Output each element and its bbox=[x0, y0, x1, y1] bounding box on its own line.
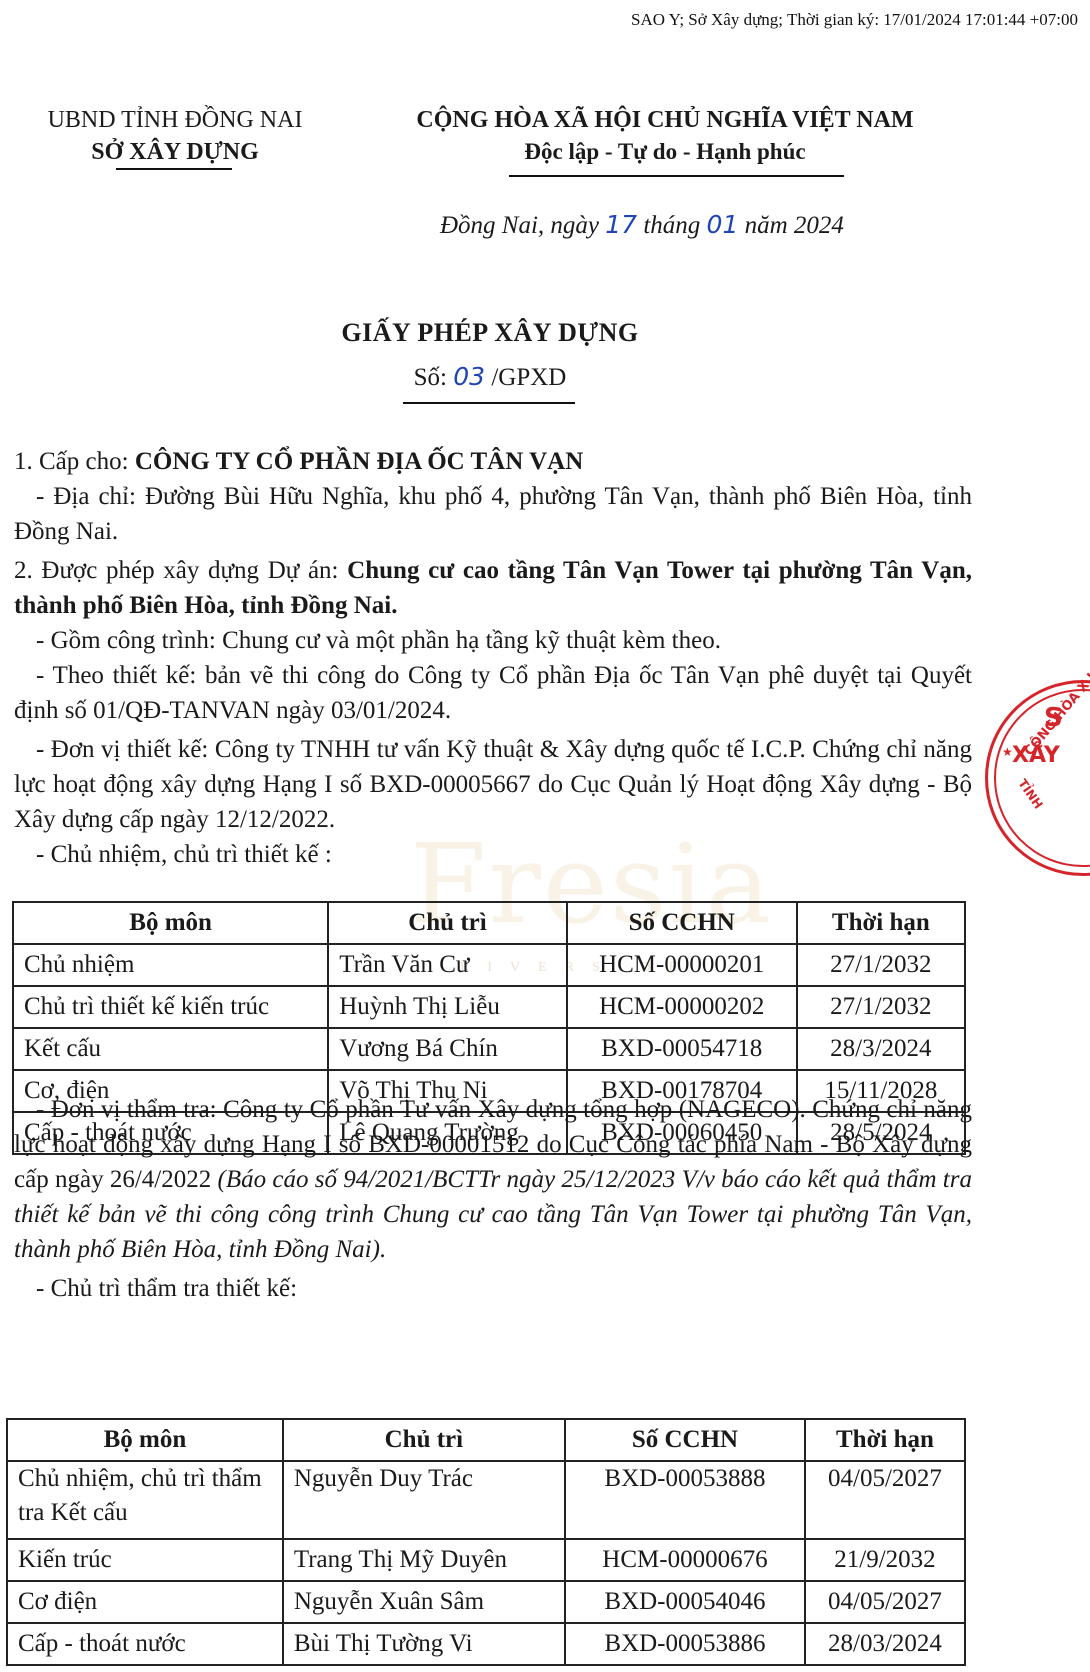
seal-center-text: S bbox=[1044, 703, 1063, 733]
review-leads-table: Bộ mônChủ trìSố CCHNThời hạn Chủ nhiệm, … bbox=[6, 1418, 966, 1666]
design-leads-label: - Chủ nhiệm, chủ trì thiết kế : bbox=[14, 837, 972, 872]
issuer-province: UBND TỈNH ĐỒNG NAI bbox=[25, 104, 325, 136]
date-year: năm 2024 bbox=[738, 212, 844, 239]
number-prefix: Số: bbox=[414, 364, 454, 391]
handwritten-month: 01 bbox=[707, 210, 739, 239]
works: - Gồm công trình: Chung cư và một phần h… bbox=[14, 623, 972, 658]
seal-star-icon: ★ bbox=[1002, 745, 1013, 759]
table-cell: 27/1/2032 bbox=[797, 986, 965, 1028]
column-header: Bộ môn bbox=[13, 902, 328, 944]
number-suffix: /GPXD bbox=[485, 364, 566, 391]
seal-center-text: XÂY bbox=[1012, 743, 1060, 768]
column-header: Số CCHN bbox=[567, 902, 797, 944]
table-row: Chủ trì thiết kế kiến trúcHuỳnh Thị Liễu… bbox=[13, 986, 965, 1028]
national-name: CỘNG HÒA XÃ HỘI CHỦ NGHĨA VIỆT NAM bbox=[370, 104, 960, 136]
divider bbox=[116, 168, 232, 170]
handwritten-number: 03 bbox=[453, 362, 485, 391]
table-cell: Cấp - thoát nước bbox=[7, 1623, 283, 1665]
column-header: Thời hạn bbox=[797, 902, 965, 944]
table-cell: 28/03/2024 bbox=[805, 1623, 965, 1665]
grantee-name: CÔNG TY CỔ PHẦN ĐỊA ỐC TÂN VẠN bbox=[135, 448, 583, 475]
project-label: 2. Được phép xây dựng Dự án: bbox=[14, 557, 347, 584]
divider bbox=[509, 175, 844, 177]
table-cell: Kết cấu bbox=[13, 1028, 328, 1070]
table-cell: Vương Bá Chín bbox=[328, 1028, 567, 1070]
table-cell: HCM-00000202 bbox=[567, 986, 797, 1028]
seal-bottom-text: TỈNH bbox=[1015, 777, 1045, 812]
date-prefix: Đồng Nai, ngày bbox=[440, 212, 605, 239]
column-header: Chủ trì bbox=[283, 1419, 565, 1461]
table-header-row: Bộ mônChủ trìSố CCHNThời hạn bbox=[13, 902, 965, 944]
review-leads-label: - Chủ trì thẩm tra thiết kế: bbox=[14, 1271, 972, 1306]
national-header: CỘNG HÒA XÃ HỘI CHỦ NGHĨA VIỆT NAM Độc l… bbox=[370, 104, 960, 168]
document-number: Số: 03 /GPXD bbox=[0, 362, 980, 392]
official-seal: CỘNG HÒA X.H S XÂY ★ TỈNH bbox=[985, 680, 1090, 876]
divider bbox=[403, 402, 575, 404]
table-cell: 04/05/2027 bbox=[805, 1581, 965, 1623]
digital-signature-line: SAO Y; Sở Xây dựng; Thời gian ký: 17/01/… bbox=[0, 10, 1078, 30]
document-title: GIẤY PHÉP XÂY DỰNG bbox=[0, 318, 980, 348]
table-cell: Chủ nhiệm, chủ trì thẩm tra Kết cấu bbox=[7, 1461, 283, 1539]
table-row: Chủ nhiệmTrần Văn CưHCM-0000020127/1/203… bbox=[13, 944, 965, 986]
table-row: Kết cấuVương Bá ChínBXD-0005471828/3/202… bbox=[13, 1028, 965, 1070]
table-cell: 04/05/2027 bbox=[805, 1461, 965, 1539]
design-unit: - Đơn vị thiết kế: Công ty TNHH tư vấn K… bbox=[14, 732, 972, 837]
grantee-address: - Địa chỉ: Đường Bùi Hữu Nghĩa, khu phố … bbox=[14, 479, 972, 549]
issuer-header: UBND TỈNH ĐỒNG NAI SỞ XÂY DỰNG bbox=[25, 104, 325, 168]
table-cell: Kiến trúc bbox=[7, 1539, 283, 1581]
table-cell: 28/3/2024 bbox=[797, 1028, 965, 1070]
table-cell: Bùi Thị Tường Vi bbox=[283, 1623, 565, 1665]
issue-date: Đồng Nai, ngày 17 tháng 01 năm 2024 bbox=[440, 210, 844, 240]
column-header: Chủ trì bbox=[328, 902, 567, 944]
table-cell: 27/1/2032 bbox=[797, 944, 965, 986]
date-month-label: tháng bbox=[637, 212, 706, 239]
table-cell: BXD-00053888 bbox=[565, 1461, 805, 1539]
table-cell: Huỳnh Thị Liễu bbox=[328, 986, 567, 1028]
column-header: Thời hạn bbox=[805, 1419, 965, 1461]
column-header: Số CCHN bbox=[565, 1419, 805, 1461]
review-section: - Đơn vị thẩm tra: Công ty Cổ phần Tư vấ… bbox=[14, 1092, 972, 1306]
table-cell: HCM-00000201 bbox=[567, 944, 797, 986]
design-basis: - Theo thiết kế: bản vẽ thi công do Công… bbox=[14, 658, 972, 728]
table-cell: Nguyễn Xuân Sâm bbox=[283, 1581, 565, 1623]
table-cell: Cơ điện bbox=[7, 1581, 283, 1623]
table-cell: Chủ nhiệm bbox=[13, 944, 328, 986]
table-cell: Nguyễn Duy Trác bbox=[283, 1461, 565, 1539]
document-body: 1. Cấp cho: CÔNG TY CỔ PHẦN ĐỊA ỐC TÂN V… bbox=[14, 444, 972, 872]
table-cell: BXD-00053886 bbox=[565, 1623, 805, 1665]
table-cell: BXD-00054718 bbox=[567, 1028, 797, 1070]
table-row: Kiến trúcTrang Thị Mỹ DuyênHCM-000006762… bbox=[7, 1539, 965, 1581]
table-row: Cơ điệnNguyễn Xuân SâmBXD-0005404604/05/… bbox=[7, 1581, 965, 1623]
handwritten-day: 17 bbox=[605, 210, 637, 239]
table-cell: 21/9/2032 bbox=[805, 1539, 965, 1581]
column-header: Bộ môn bbox=[7, 1419, 283, 1461]
table-cell: BXD-00054046 bbox=[565, 1581, 805, 1623]
table-cell: Chủ trì thiết kế kiến trúc bbox=[13, 986, 328, 1028]
project: 2. Được phép xây dựng Dự án: Chung cư ca… bbox=[14, 553, 972, 623]
grantee-label: 1. Cấp cho: bbox=[14, 448, 135, 475]
review-unit: - Đơn vị thẩm tra: Công ty Cổ phần Tư vấ… bbox=[14, 1092, 972, 1267]
table-header-row: Bộ mônChủ trìSố CCHNThời hạn bbox=[7, 1419, 965, 1461]
issuer-department: SỞ XÂY DỰNG bbox=[25, 136, 325, 168]
table-row: Chủ nhiệm, chủ trì thẩm tra Kết cấuNguyễ… bbox=[7, 1461, 965, 1539]
table-cell: Trang Thị Mỹ Duyên bbox=[283, 1539, 565, 1581]
grantee: 1. Cấp cho: CÔNG TY CỔ PHẦN ĐỊA ỐC TÂN V… bbox=[14, 444, 972, 479]
table-cell: HCM-00000676 bbox=[565, 1539, 805, 1581]
national-motto: Độc lập - Tự do - Hạnh phúc bbox=[370, 136, 960, 168]
table-row: Cấp - thoát nướcBùi Thị Tường ViBXD-0005… bbox=[7, 1623, 965, 1665]
table-cell: Trần Văn Cư bbox=[328, 944, 567, 986]
